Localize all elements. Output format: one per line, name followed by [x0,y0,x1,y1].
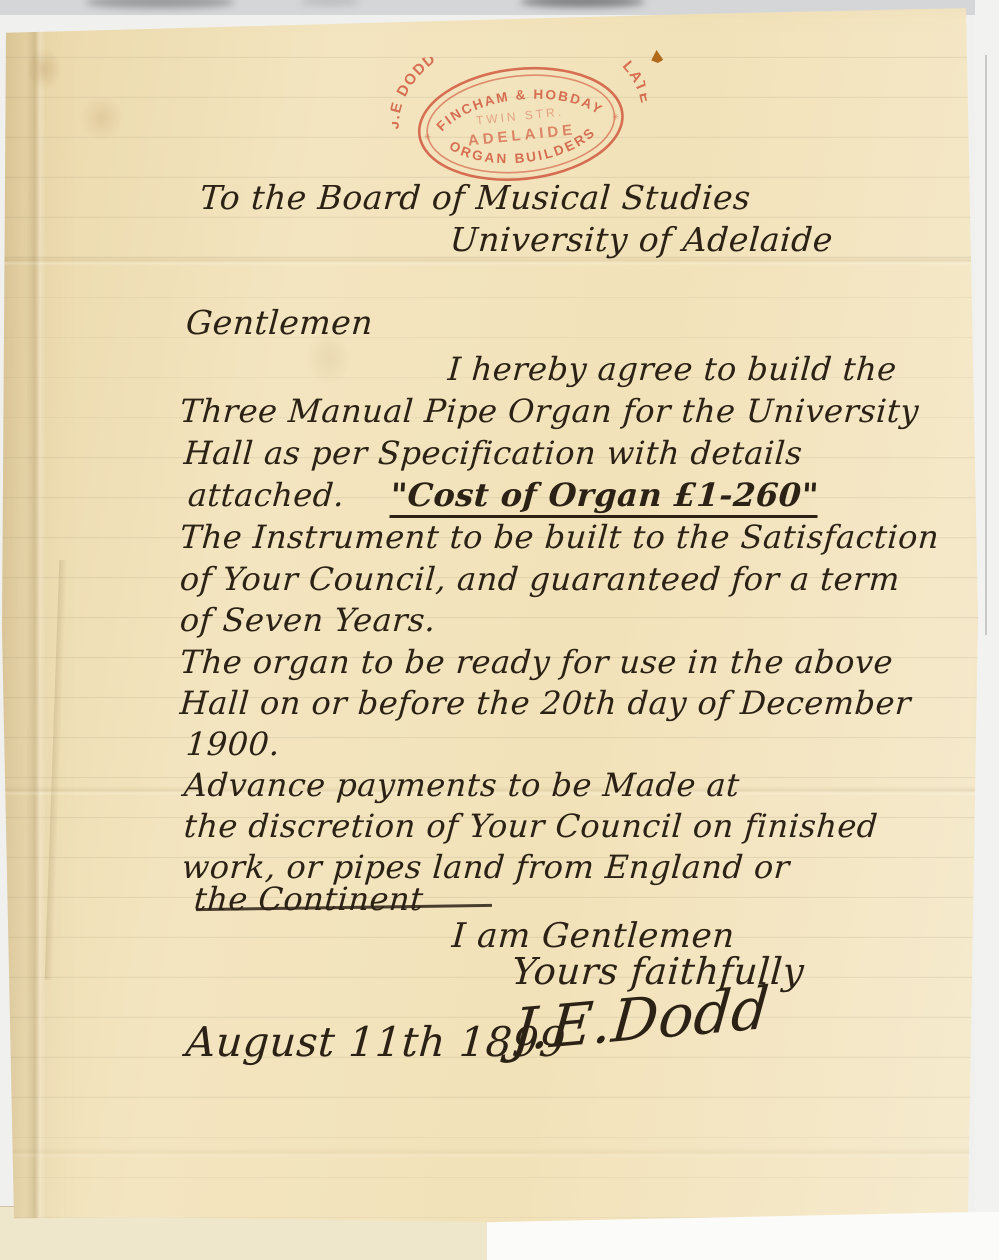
body-line: the discretion of Your Council on finish… [183,807,880,845]
scan-edge-line [985,55,987,635]
background-margin [975,0,999,1260]
scanner-smudge [85,0,235,8]
body-line: I hereby agree to build the [447,350,898,388]
recipient-line: University of Adelaide [449,220,835,259]
scanner-smudge [300,0,360,5]
body-line-text: attached. [187,476,346,514]
body-line: of Your Council, and guaranteed for a te… [179,560,901,598]
recipient-line: To the Board of Musical Studies [199,178,752,217]
stamp-ornament: ✳ [611,112,620,123]
date-line: August 11th 1899 [184,1018,567,1066]
body-line: The Instrument to be built to the Satisf… [179,518,941,556]
company-stamp: J.E DODD LATE FINCHAM & HOBDAY TWIN STR.… [386,35,655,197]
body-line: Three Manual Pipe Organ for the Universi… [179,392,921,430]
salutation: Gentlemen [185,303,375,342]
body-line: The organ to be ready for use in the abo… [179,643,895,681]
cost-of-organ-quote: "Cost of Organ £1-260" [389,476,820,518]
body-line: the Continent [193,880,425,918]
paper-stain [80,95,124,141]
body-line: Hall on or before the 20th day of Decemb… [179,684,913,722]
stamp-ornament: ✳ [423,131,432,142]
body-line: Hall as per Specification with details [183,434,804,472]
body-line: 1900. [185,725,282,763]
scanner-smudge [520,0,645,7]
scanned-letter-page: J.E DODD LATE FINCHAM & HOBDAY TWIN STR.… [0,0,999,1260]
paper-stain [26,48,62,90]
body-line: Advance payments to be Made at [183,766,741,804]
stamp-arc-text: J.E DODD [386,49,447,132]
fold-crease-vertical [26,0,46,1260]
body-line: of Seven Years. [179,601,437,639]
fold-crease-horizontal [0,1148,999,1158]
body-line: attached."Cost of Organ £1-260" [187,476,820,514]
letter-sheet: J.E DODD LATE FINCHAM & HOBDAY TWIN STR.… [0,0,999,1260]
